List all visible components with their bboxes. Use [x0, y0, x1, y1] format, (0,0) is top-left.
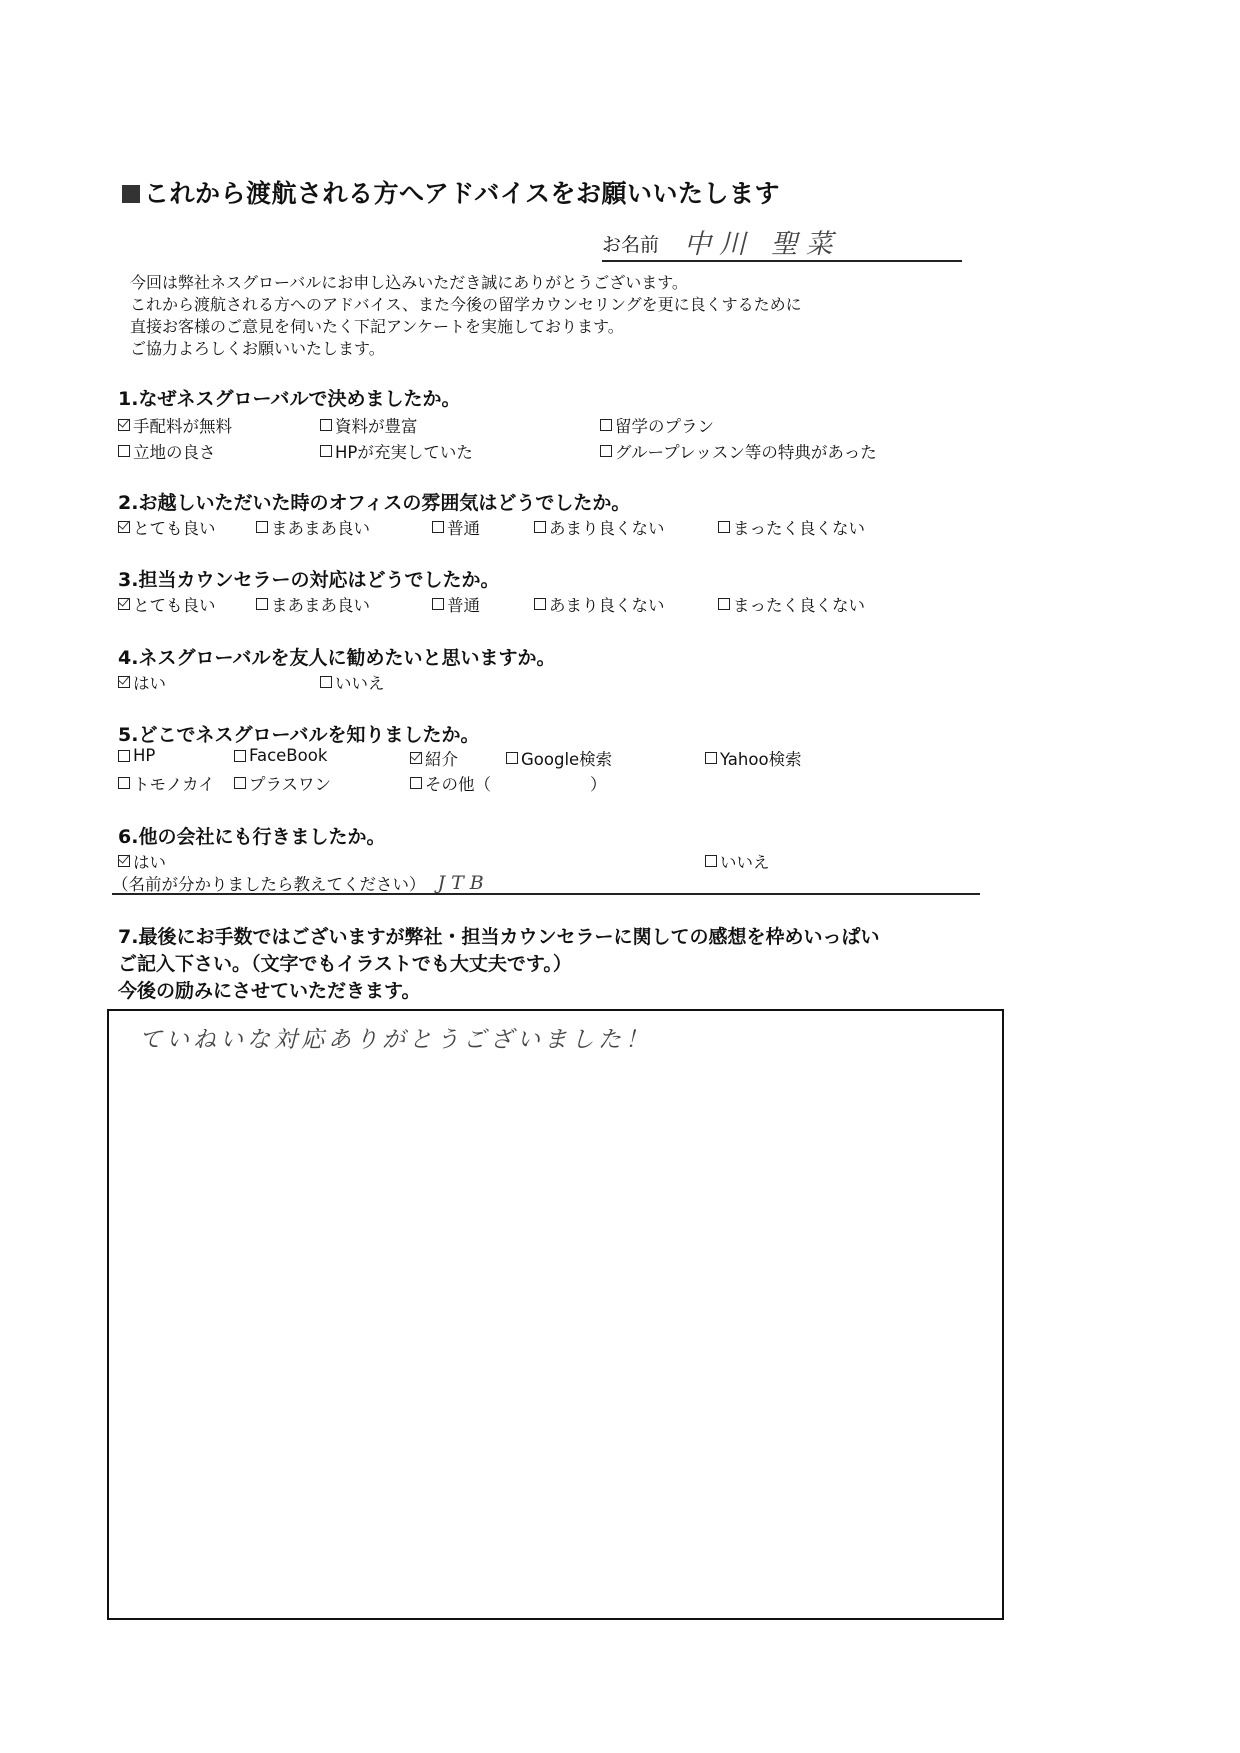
option-label: HP	[133, 746, 155, 765]
checkbox-checked-icon[interactable]	[118, 855, 130, 867]
checkbox-icon[interactable]	[432, 598, 444, 610]
question-3-label: 3.担当カウンセラーの対応はどうでしたか。	[118, 565, 499, 592]
question-7-line: 今後の励みにさせていただきます。	[118, 978, 879, 1005]
q6-option-no[interactable]: いいえ	[705, 849, 770, 873]
checkbox-checked-icon[interactable]	[118, 598, 130, 610]
checkbox-icon[interactable]	[432, 521, 444, 533]
q3-option-average[interactable]: 普通	[432, 592, 480, 616]
checkbox-icon[interactable]	[256, 521, 268, 533]
square-bullet-icon	[122, 185, 140, 203]
intro-line: 今回は弊社ネスグローバルにお申し込みいただき誠にありがとうございます。	[130, 272, 802, 294]
checkbox-icon[interactable]	[705, 752, 717, 764]
checkbox-icon[interactable]	[234, 750, 246, 762]
checkbox-checked-icon[interactable]	[118, 521, 130, 533]
option-label: まあまあ良い	[271, 515, 370, 539]
q6-company-field[interactable]: （名前が分かりましたら教えてください） JTB	[112, 871, 490, 895]
q1-option-website[interactable]: HPが充実していた	[320, 439, 473, 463]
company-prompt: （名前が分かりましたら教えてください）	[112, 871, 426, 895]
checkbox-icon[interactable]	[705, 855, 717, 867]
option-label: トモノカイ	[133, 771, 215, 795]
option-label: あまり良くない	[549, 515, 665, 539]
q5-option-other[interactable]: その他（ ）	[410, 771, 607, 795]
option-label: FaceBook	[249, 746, 327, 765]
intro-line: ご協力よろしくお願いいたします。	[130, 338, 802, 360]
q4-option-no[interactable]: いいえ	[320, 670, 385, 694]
checkbox-icon[interactable]	[534, 521, 546, 533]
name-value[interactable]: 中川 聖菜	[684, 222, 841, 261]
question-6-label: 6.他の会社にも行きましたか。	[118, 822, 385, 849]
option-label: 立地の良さ	[133, 439, 216, 463]
q2-option-average[interactable]: 普通	[432, 515, 480, 539]
q1-option-plan[interactable]: 留学のプラン	[600, 413, 714, 437]
checkbox-icon[interactable]	[718, 521, 730, 533]
intro-text: 今回は弊社ネスグローバルにお申し込みいただき誠にありがとうございます。 これから…	[130, 272, 802, 360]
q5-option-referral[interactable]: 紹介	[410, 746, 458, 770]
checkbox-icon[interactable]	[718, 598, 730, 610]
option-label: 留学のプラン	[615, 413, 714, 437]
question-7-line: ご記入下さい。（文字でもイラストでも大丈夫です。）	[118, 951, 879, 978]
option-label: 資料が豊富	[335, 413, 418, 437]
question-1-label: 1.なぜネスグローバルで決めましたか。	[118, 384, 461, 411]
intro-line: 直接お客様のご意見を伺いたく下記アンケートを実施しております。	[130, 316, 802, 338]
form-title-text: これから渡航される方へアドバイスをお願いいたします	[144, 179, 780, 208]
option-label: まったく良くない	[733, 592, 865, 616]
checkbox-icon[interactable]	[234, 777, 246, 789]
question-2-label: 2.お越しいただいた時のオフィスの雰囲気はどうでしたか。	[118, 488, 630, 515]
q3-option-not-good-at-all[interactable]: まったく良くない	[718, 592, 865, 616]
checkbox-icon[interactable]	[534, 598, 546, 610]
checkbox-checked-icon[interactable]	[118, 676, 130, 688]
comment-box[interactable]: ていねいな対応ありがとうございました！	[107, 1009, 1004, 1620]
q4-option-yes[interactable]: はい	[118, 670, 166, 694]
q3-option-very-good[interactable]: とても良い	[118, 592, 216, 616]
option-label: Google検索	[521, 746, 612, 770]
q1-option-materials[interactable]: 資料が豊富	[320, 413, 418, 437]
q6-option-yes[interactable]: はい	[118, 849, 166, 873]
option-label: とても良い	[133, 592, 216, 616]
q1-option-group-lesson[interactable]: グループレッスン等の特典があった	[600, 439, 877, 463]
q5-option-tomonokai[interactable]: トモノカイ	[118, 771, 215, 795]
option-label: とても良い	[133, 515, 216, 539]
q2-option-very-good[interactable]: とても良い	[118, 515, 216, 539]
checkbox-icon[interactable]	[600, 419, 612, 431]
option-label: まあまあ良い	[271, 592, 370, 616]
option-label: あまり良くない	[549, 592, 665, 616]
checkbox-icon[interactable]	[118, 750, 130, 762]
q2-option-fairly-good[interactable]: まあまあ良い	[256, 515, 370, 539]
question-4-label: 4.ネスグローバルを友人に勧めたいと思いますか。	[118, 643, 556, 670]
question-7-label: 7.最後にお手数ではございますが弊社・担当カウンセラーに関しての感想を枠めいっぱ…	[118, 924, 879, 1005]
q5-option-plus-one[interactable]: プラスワン	[234, 771, 331, 795]
checkbox-icon[interactable]	[506, 752, 518, 764]
option-label: いいえ	[335, 670, 385, 694]
q3-option-fairly-good[interactable]: まあまあ良い	[256, 592, 370, 616]
q5-option-facebook[interactable]: FaceBook	[234, 746, 327, 765]
checkbox-icon[interactable]	[320, 419, 332, 431]
q3-option-not-good[interactable]: あまり良くない	[534, 592, 665, 616]
comment-text[interactable]: ていねいな対応ありがとうございました！	[139, 1021, 652, 1054]
form-title: これから渡航される方へアドバイスをお願いいたします	[122, 174, 780, 210]
company-underline	[112, 893, 980, 895]
checkbox-icon[interactable]	[118, 777, 130, 789]
name-label: お名前	[602, 230, 659, 257]
q1-option-location[interactable]: 立地の良さ	[118, 439, 216, 463]
option-label: はい	[133, 670, 166, 694]
checkbox-icon[interactable]	[410, 777, 422, 789]
question-7-line: 7.最後にお手数ではございますが弊社・担当カウンセラーに関しての感想を枠めいっぱ…	[118, 924, 879, 951]
q1-option-free-fee[interactable]: 手配料が無料	[118, 413, 232, 437]
option-label: まったく良くない	[733, 515, 865, 539]
option-label: Yahoo検索	[720, 746, 802, 770]
intro-line: これから渡航される方へのアドバイス、また今後の留学カウンセリングを更に良くするた…	[130, 294, 802, 316]
q5-option-hp[interactable]: HP	[118, 746, 155, 765]
option-label: いいえ	[720, 849, 770, 873]
company-value[interactable]: JTB	[438, 872, 490, 894]
checkbox-checked-icon[interactable]	[410, 752, 422, 764]
option-label: 普通	[447, 515, 480, 539]
q5-option-google[interactable]: Google検索	[506, 746, 612, 770]
checkbox-icon[interactable]	[320, 445, 332, 457]
option-label: はい	[133, 849, 166, 873]
name-field[interactable]: お名前 中川 聖菜	[602, 222, 962, 262]
checkbox-icon[interactable]	[600, 445, 612, 457]
option-label: その他（ ）	[425, 771, 607, 795]
checkbox-checked-icon[interactable]	[118, 419, 130, 431]
checkbox-icon[interactable]	[256, 598, 268, 610]
checkbox-icon[interactable]	[118, 445, 130, 457]
option-label: 普通	[447, 592, 480, 616]
option-label: 手配料が無料	[133, 413, 232, 437]
option-label: プラスワン	[249, 771, 331, 795]
q2-option-not-good[interactable]: あまり良くない	[534, 515, 665, 539]
q5-option-yahoo[interactable]: Yahoo検索	[705, 746, 802, 770]
option-label: HPが充実していた	[335, 439, 473, 463]
option-label: 紹介	[425, 746, 458, 770]
question-5-label: 5.どこでネスグローバルを知りましたか。	[118, 720, 480, 747]
checkbox-icon[interactable]	[320, 676, 332, 688]
q2-option-not-good-at-all[interactable]: まったく良くない	[718, 515, 865, 539]
option-label: グループレッスン等の特典があった	[615, 439, 877, 463]
